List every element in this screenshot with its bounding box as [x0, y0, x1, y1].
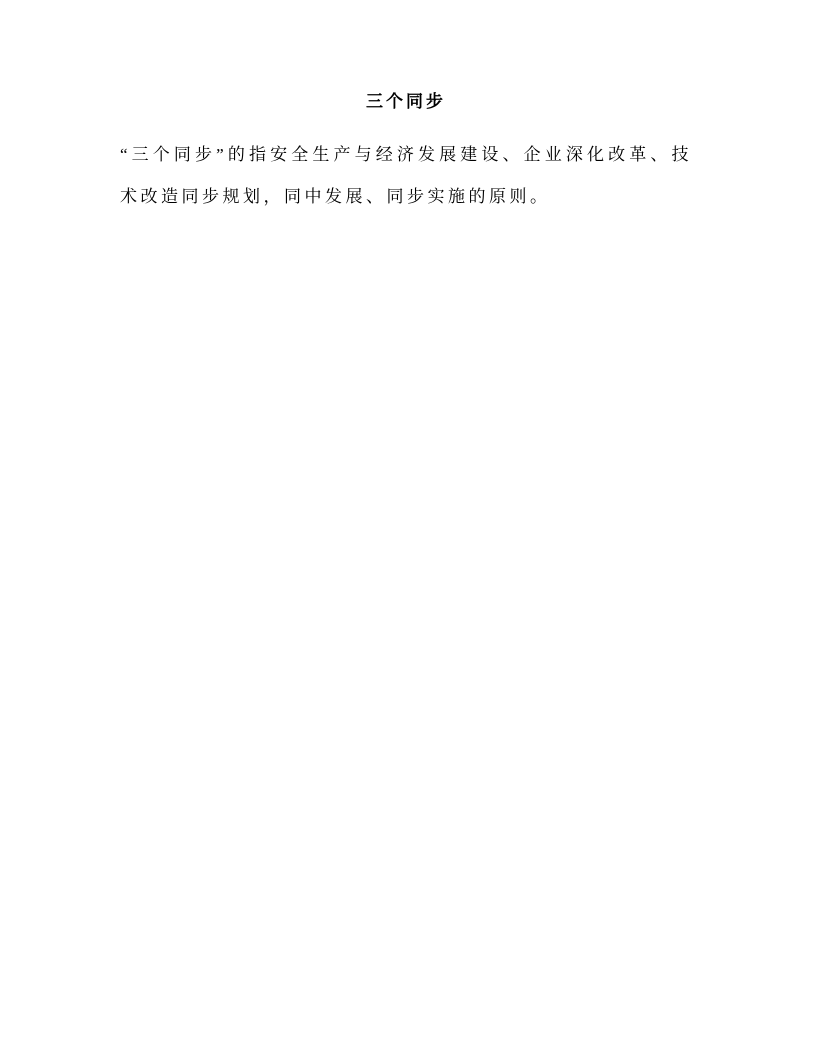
document-paragraph: “三个同步”的指安全生产与经济发展建设、企业深化改革、技术改造同步规划，同中发展… [120, 134, 692, 218]
document-title: 三个同步 [120, 90, 692, 114]
document-page: 三个同步 “三个同步”的指安全生产与经济发展建设、企业深化改革、技术改造同步规划… [0, 0, 816, 1056]
